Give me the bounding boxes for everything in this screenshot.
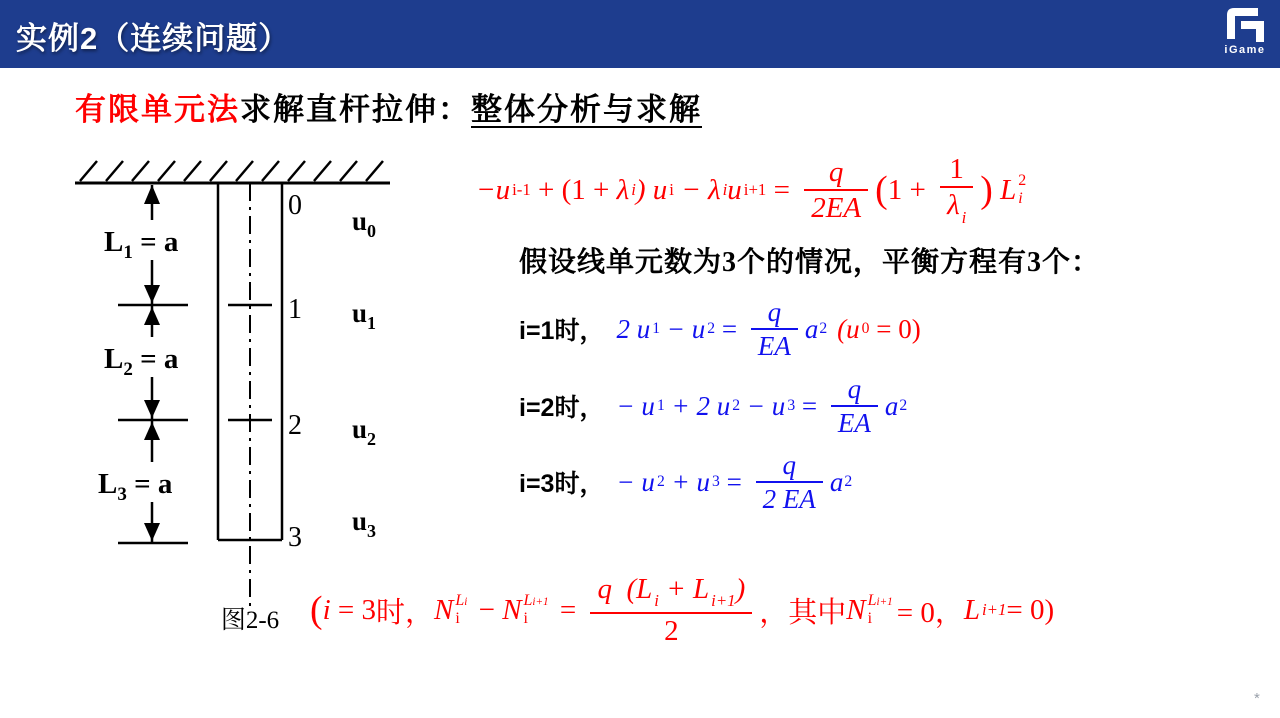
node-label-2: 2 <box>288 410 302 441</box>
L-sub-sup: 2i <box>1018 172 1026 209</box>
dimension-line: L1 = a L2 = a L3 = a <box>90 185 210 543</box>
igame-logo: iGame <box>1216 5 1274 65</box>
node-label-1: 1 <box>288 294 302 325</box>
dim-label-L2: L2 = a <box>104 343 179 380</box>
assumption-text: 假设线单元数为3个的情况，平衡方程有3个： <box>519 240 1100 280</box>
dimension-labels: L1 = a L2 = a L3 = a <box>90 220 210 505</box>
footer-equation: (i = 3时，NLii − NLi+1i = q (Li + Li+1)2，其… <box>310 564 1054 656</box>
case-row-i3: i=3时， − u2 + u3 = q2 EAa2 <box>519 448 852 516</box>
N-Lip1-stack-2: Li+1i <box>868 592 893 629</box>
case-eq-i3: − u2 + u3 = q2 EAa2 <box>616 451 852 514</box>
case-note-u0: (u0 = 0) <box>837 314 921 345</box>
case-eq-i1: 2 u1 − u2 = qEAa2 <box>616 298 827 361</box>
title-mid: 求解直杆拉伸： <box>240 92 471 127</box>
igame-logo-text: iGame <box>1216 44 1274 56</box>
figure-caption: 图2-6 <box>221 607 279 634</box>
u3-label: u3 <box>352 506 376 541</box>
node-label-0: 0 <box>288 190 302 221</box>
fraction-qL: q (Li + Li+1)2 <box>590 574 752 646</box>
N-Lip1-stack: Li+1i <box>524 592 549 629</box>
topbar: 实例2（连续问题） iGame <box>0 0 1280 68</box>
case-label-i1: i=1时， <box>519 311 604 347</box>
footnote-star: * <box>1254 690 1260 707</box>
slide: 实例2（连续问题） iGame 有限单元法求解直杆拉伸：整体分析与求解 <box>0 0 1280 718</box>
fraction-q-2EA: q2EA <box>804 157 868 224</box>
N-Li-stack: Lii <box>455 592 467 629</box>
u1-label: u1 <box>352 298 376 333</box>
case-row-i2: i=2时， − u1 + 2 u2 − u3 = qEAa2 <box>519 372 907 440</box>
node-labels: 0 1 2 3 <box>288 190 302 553</box>
main-equation: −ui-1 + (1 + λi) ui − λiui+1 = q2EA(1 + … <box>476 144 1030 236</box>
title-method: 有限单元法 <box>75 92 240 127</box>
case-label-i3: i=3时， <box>519 464 604 500</box>
case-eq-i2: − u1 + 2 u2 − u3 = qEAa2 <box>616 375 907 438</box>
ceiling-hatch <box>80 161 383 181</box>
u2-label: u2 <box>352 414 376 449</box>
case-row-i1: i=1时， 2 u1 − u2 = qEAa2 (u0 = 0) <box>519 295 921 363</box>
igame-logo-icon <box>1222 5 1268 45</box>
case-label-i2: i=2时， <box>519 388 604 424</box>
title-underlined: 整体分析与求解 <box>471 92 702 127</box>
dim-label-L3: L3 = a <box>98 468 173 505</box>
fraction-1-lambda: 1λi <box>940 154 973 226</box>
dim-label-L1: L1 = a <box>104 226 179 263</box>
slide-header-title: 实例2（连续问题） <box>16 13 290 58</box>
displacement-labels: u0 u1 u2 u3 <box>352 206 376 541</box>
u0-label: u0 <box>352 206 376 241</box>
page-title: 有限单元法求解直杆拉伸：整体分析与求解 <box>75 84 702 129</box>
eq-term: −u <box>476 174 510 207</box>
node-label-3: 3 <box>288 522 302 553</box>
